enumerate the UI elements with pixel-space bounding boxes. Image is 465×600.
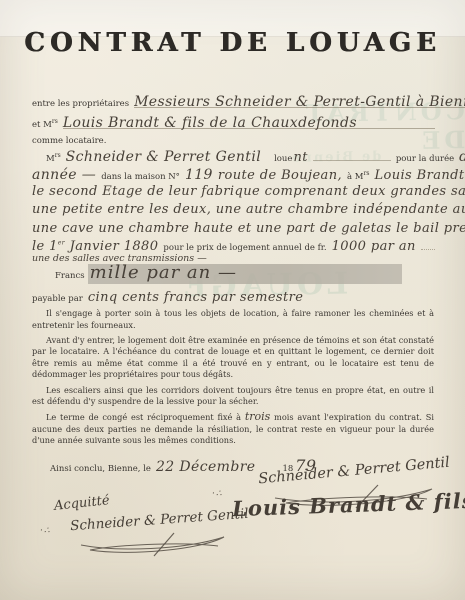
tenant-line: et Mrs Louis Brandt & fils de la Chauxde… xyxy=(32,115,435,130)
superscript-rs: rs xyxy=(52,118,58,125)
payable-label: payable par xyxy=(32,294,83,304)
tenant-label: et Mrs xyxy=(32,118,58,130)
clauses-block: Il s'engage à porter soin à tous les obj… xyxy=(32,308,434,451)
lease-line-1: Mrs Schneider & Perret Gentil loue nt po… xyxy=(32,149,435,165)
paraph-mark: ·∴ xyxy=(212,489,223,499)
clause-1: Il s'engage à porter soin à tous les obj… xyxy=(32,308,434,331)
owners-handwritten: Messieurs Schneider & Perret-Gentil à Bi… xyxy=(134,94,465,108)
tenant-handwritten: Louis Brandt & fils de la Chauxdefonds xyxy=(63,115,435,129)
tenant-label-m: et M xyxy=(32,120,52,130)
as-tenant-line: comme locataire. xyxy=(32,136,435,146)
paraph-mark: ·∴ xyxy=(40,526,51,536)
house-label: dans la maison N° xyxy=(101,172,180,182)
street-handwritten: route de Boujean, xyxy=(218,168,342,183)
concluded-label: Ainsi conclu, Bienne, le xyxy=(50,464,151,474)
superscript-rs: rs xyxy=(364,170,370,177)
contract-document: CONTRAT DE LOUAGE de Bienne CONTRAT DE L… xyxy=(0,0,465,600)
duration-label: pour la durée xyxy=(396,154,454,164)
loue-label: loue xyxy=(274,154,292,164)
amount-handwritten: mille par an — xyxy=(90,262,237,283)
clause-4-handwritten: trois xyxy=(245,410,270,423)
document-title: CONTRAT DE LOUAGE xyxy=(0,28,465,58)
price-handwritten: 1000 par an xyxy=(332,239,416,254)
as-tenant-label: comme locataire. xyxy=(32,136,106,146)
owners-label: entre les propriétaires xyxy=(32,99,129,109)
price-line: le 1er Janvier 1880 pour le prix de loge… xyxy=(32,239,435,254)
blank-rule xyxy=(313,151,391,161)
start-date-post: Janvier 1880 xyxy=(70,239,159,254)
description-line-2: une petite entre les deux, une autre cha… xyxy=(32,202,435,217)
clause-3: Les escaliers ainsi que les corridors do… xyxy=(32,385,434,408)
blank-rule xyxy=(421,240,435,250)
clause-4-pre: Le terme de congé est réciproquement fix… xyxy=(46,412,245,422)
payable-handwritten: cinq cents francs par semestre xyxy=(88,290,303,305)
m-label: Mrs xyxy=(46,152,61,164)
receipt-note: Acquitté xyxy=(53,493,110,514)
clause-4: Le terme de congé est réciproquement fix… xyxy=(32,411,434,447)
description-line-3: une cave une chambre haute et une part d… xyxy=(32,221,435,236)
lease-line-2: année — dans la maison N° 119 route de B… xyxy=(32,167,435,183)
receipt-signature: Schneider & Perret Gentil xyxy=(70,506,249,534)
clause-2: Avant d'y entrer, le logement doit être … xyxy=(32,335,434,381)
duration-handwritten: d'une xyxy=(459,149,465,165)
duration2-handwritten: année — xyxy=(32,167,96,183)
signature-flourish xyxy=(78,532,228,558)
to-m: à M xyxy=(347,172,363,182)
start-date-handwritten: le 1er Janvier 1880 xyxy=(32,239,158,254)
description-line-1: le second Etage de leur fabrique compren… xyxy=(32,184,435,199)
lessor-name-handwritten: Schneider & Perret Gentil xyxy=(66,149,261,165)
house-number-handwritten: 119 xyxy=(185,167,213,183)
price-label: pour le prix de logement annuel de fr. xyxy=(163,243,326,253)
loue-suffix-handwritten: nt xyxy=(293,150,307,165)
to-label: à Mrs xyxy=(347,170,369,182)
description-handwritten: une cave une chambre haute et une part d… xyxy=(32,221,465,236)
description-handwritten: une petite entre les deux, une autre cha… xyxy=(32,202,465,217)
start-date-pre: le 1 xyxy=(32,239,58,254)
owners-line: entre les propriétaires Messieurs Schnei… xyxy=(32,94,435,109)
francs-label: Francs xyxy=(55,271,85,281)
date-handwritten: 22 Décembre xyxy=(156,459,256,475)
m-letter: M xyxy=(46,154,55,164)
superscript-er: er xyxy=(58,240,65,247)
lessee-signature: Louis Brandt & fils xyxy=(232,488,465,521)
superscript-rs: rs xyxy=(55,152,61,159)
payable-line: payable par cinq cents francs par semest… xyxy=(32,290,435,305)
francs-line: Francs mille par an — xyxy=(32,262,435,283)
lessee-name-handwritten: Louis Brandt & fils xyxy=(374,168,465,183)
description-handwritten: le second Etage de leur fabrique compren… xyxy=(32,184,465,199)
